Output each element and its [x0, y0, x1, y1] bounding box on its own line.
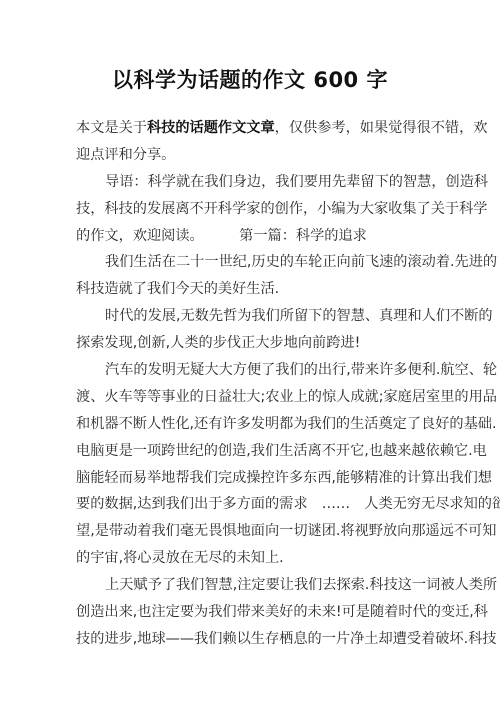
paragraph-line: 上天赋予了我们智慧,注定要让我们去探索.科技这一词被人类所 [76, 572, 436, 599]
paragraph-line: 我们生活在二十一世纪,历史的车轮正向前飞速的滚动着.先进的 [76, 249, 436, 276]
intro-line-1: 本文是关于科技的话题作文文章，仅供参考，如果觉得很不错，欢 [76, 115, 436, 142]
paragraph-line: 电脑更是一项跨世纪的创造,我们生活离不开它,也越来越依赖它.电 [76, 438, 436, 465]
intro-line-2: 迎点评和分享。 [76, 142, 436, 169]
paragraph-line: 的作文，欢迎阅读。 第一篇：科学的追求 [76, 223, 436, 250]
intro-prefix: 本文是关于 [76, 120, 147, 136]
paragraph-line: 和机器不断人性化,还有许多发明都为我们的生活奠定了良好的基础. [76, 411, 436, 438]
paragraph-line: 渡、火车等等事业的日益壮大;农业上的惊人成就;家庭居室里的用品 [76, 384, 436, 411]
paragraph-line: 时代的发展,无数先哲为我们所留下的智慧、真理和人们不断的 [76, 303, 436, 330]
paragraph-line: 汽车的发明无疑大大方便了我们的出行,带来许多便利.航空、轮 [76, 357, 436, 384]
paragraph-line: 的宇宙,将心灵放在无尽的未知上. [76, 545, 436, 572]
paragraph-line: 探索发现,创新,人类的步伐正大步地向前跨进! [76, 330, 436, 357]
document-body: 本文是关于科技的话题作文文章，仅供参考，如果觉得很不错，欢 迎点评和分享。 导语… [76, 115, 436, 653]
paragraph-line: 创造出来,也注定要为我们带来美好的未来!可是随着时代的变迁,科 [76, 599, 436, 626]
paragraph-line: 要的数据,达到我们出于多方面的需求 …… 人类无穷无尽求知的欲 [76, 491, 436, 518]
paragraph-line: 技的进步,地球——我们赖以生存栖息的一片净土却遭受着破坏.科技 [76, 626, 436, 653]
paragraph-line: 脑能轻而易举地帮我们完成操控许多东西,能够精准的计算出我们想 [76, 465, 436, 492]
document-title: 以科学为话题的作文 600 字 [0, 64, 500, 94]
intro-bold-topic: 科技的话题作文文章 [147, 120, 275, 136]
paragraph-line: 技，科技的发展离不开科学家的创作，小编为大家收集了关于科学 [76, 196, 436, 223]
paragraph-line: 科技造就了我们今天的美好生活. [76, 276, 436, 303]
intro-suffix: ，仅供参考，如果觉得很不错，欢 [275, 120, 488, 136]
paragraph-line: 导语：科学就在我们身边，我们要用先辈留下的智慧，创造科 [76, 169, 436, 196]
paragraph-line: 望,是带动着我们毫无畏惧地面向一切谜团.将视野放向那遥远不可知 [76, 518, 436, 545]
